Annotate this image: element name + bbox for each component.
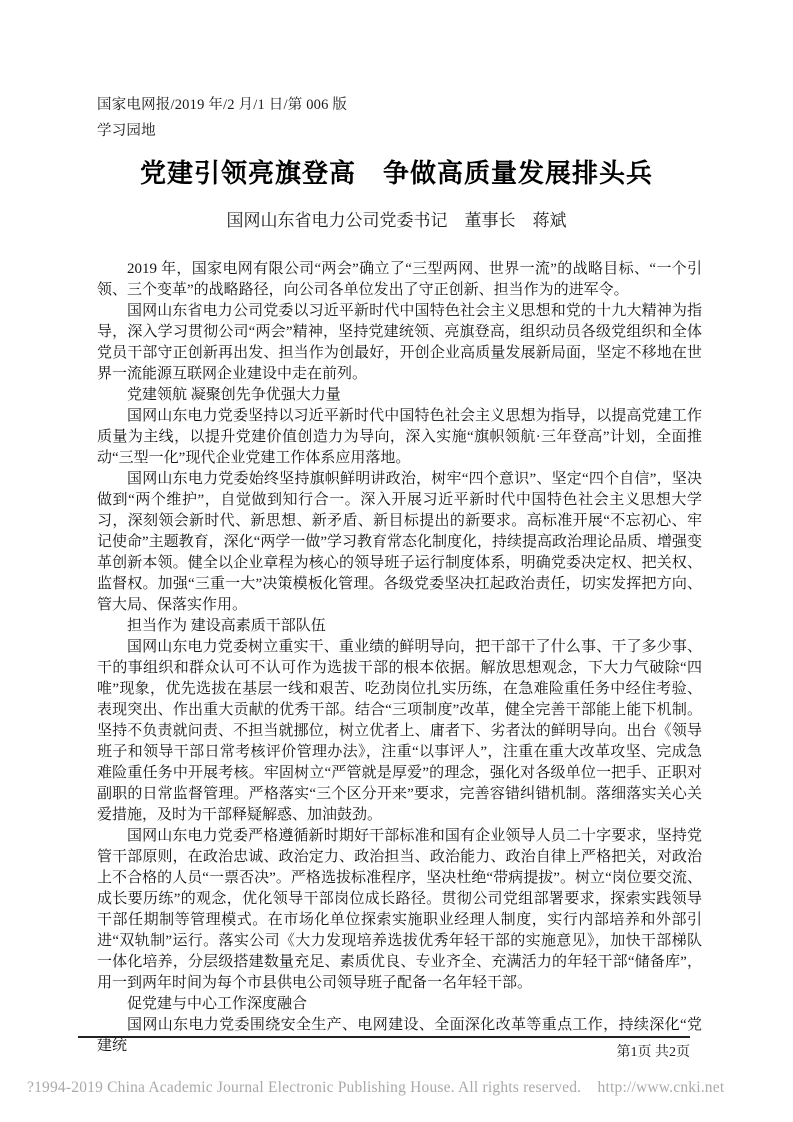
article-byline: 国网山东省电力公司党委书记 董事长 蒋斌 xyxy=(0,206,793,231)
section-subhead: 党建领航 凝聚创先争优强大力量 xyxy=(97,385,702,406)
footer-divider xyxy=(78,1036,690,1038)
paragraph: 国网山东电力党委严格遵循新时期好干部标准和国有企业领导人员二十字要求，坚持党管干… xyxy=(97,826,702,994)
document-header: 国家电网报/2019 年/2 月/1 日/第 006 版 学习园地 xyxy=(97,92,347,144)
section-subhead: 担当作为 建设高素质干部队伍 xyxy=(97,616,702,637)
paragraph: 国网山东省电力公司党委以习近平新时代中国特色社会主义思想和党的十九大精神为指导，… xyxy=(97,301,702,385)
article-title: 党建引领亮旗登高 争做高质量发展排头兵 xyxy=(0,153,793,190)
paragraph: 2019 年，国家电网有限公司“两会”确立了“三型两网、世界一流”的战略目标、“… xyxy=(97,259,702,301)
paragraph: 国网山东电力党委树立重实干、重业绩的鲜明导向，把干部干了什么事、干了多少事、干的… xyxy=(97,637,702,826)
document-page: 国家电网报/2019 年/2 月/1 日/第 006 版 学习园地 党建引领亮旗… xyxy=(0,0,793,1122)
article-body: 2019 年，国家电网有限公司“两会”确立了“三型两网、世界一流”的战略目标、“… xyxy=(97,259,702,1057)
page-number: 第1页 共2页 xyxy=(617,1041,691,1061)
paragraph: 国网山东电力党委始终坚持旗帜鲜明讲政治，树牢“四个意识”、坚定“四个自信”，坚决… xyxy=(97,469,702,616)
source-line: 国家电网报/2019 年/2 月/1 日/第 006 版 xyxy=(97,92,347,118)
column-name: 学习园地 xyxy=(97,118,347,144)
copyright-notice: ?1994-2019 China Academic Journal Electr… xyxy=(27,1079,724,1097)
section-subhead: 促党建与中心工作深度融合 xyxy=(97,994,702,1015)
paragraph: 国网山东电力党委坚持以习近平新时代中国特色社会主义思想为指导，以提高党建工作质量… xyxy=(97,406,702,469)
